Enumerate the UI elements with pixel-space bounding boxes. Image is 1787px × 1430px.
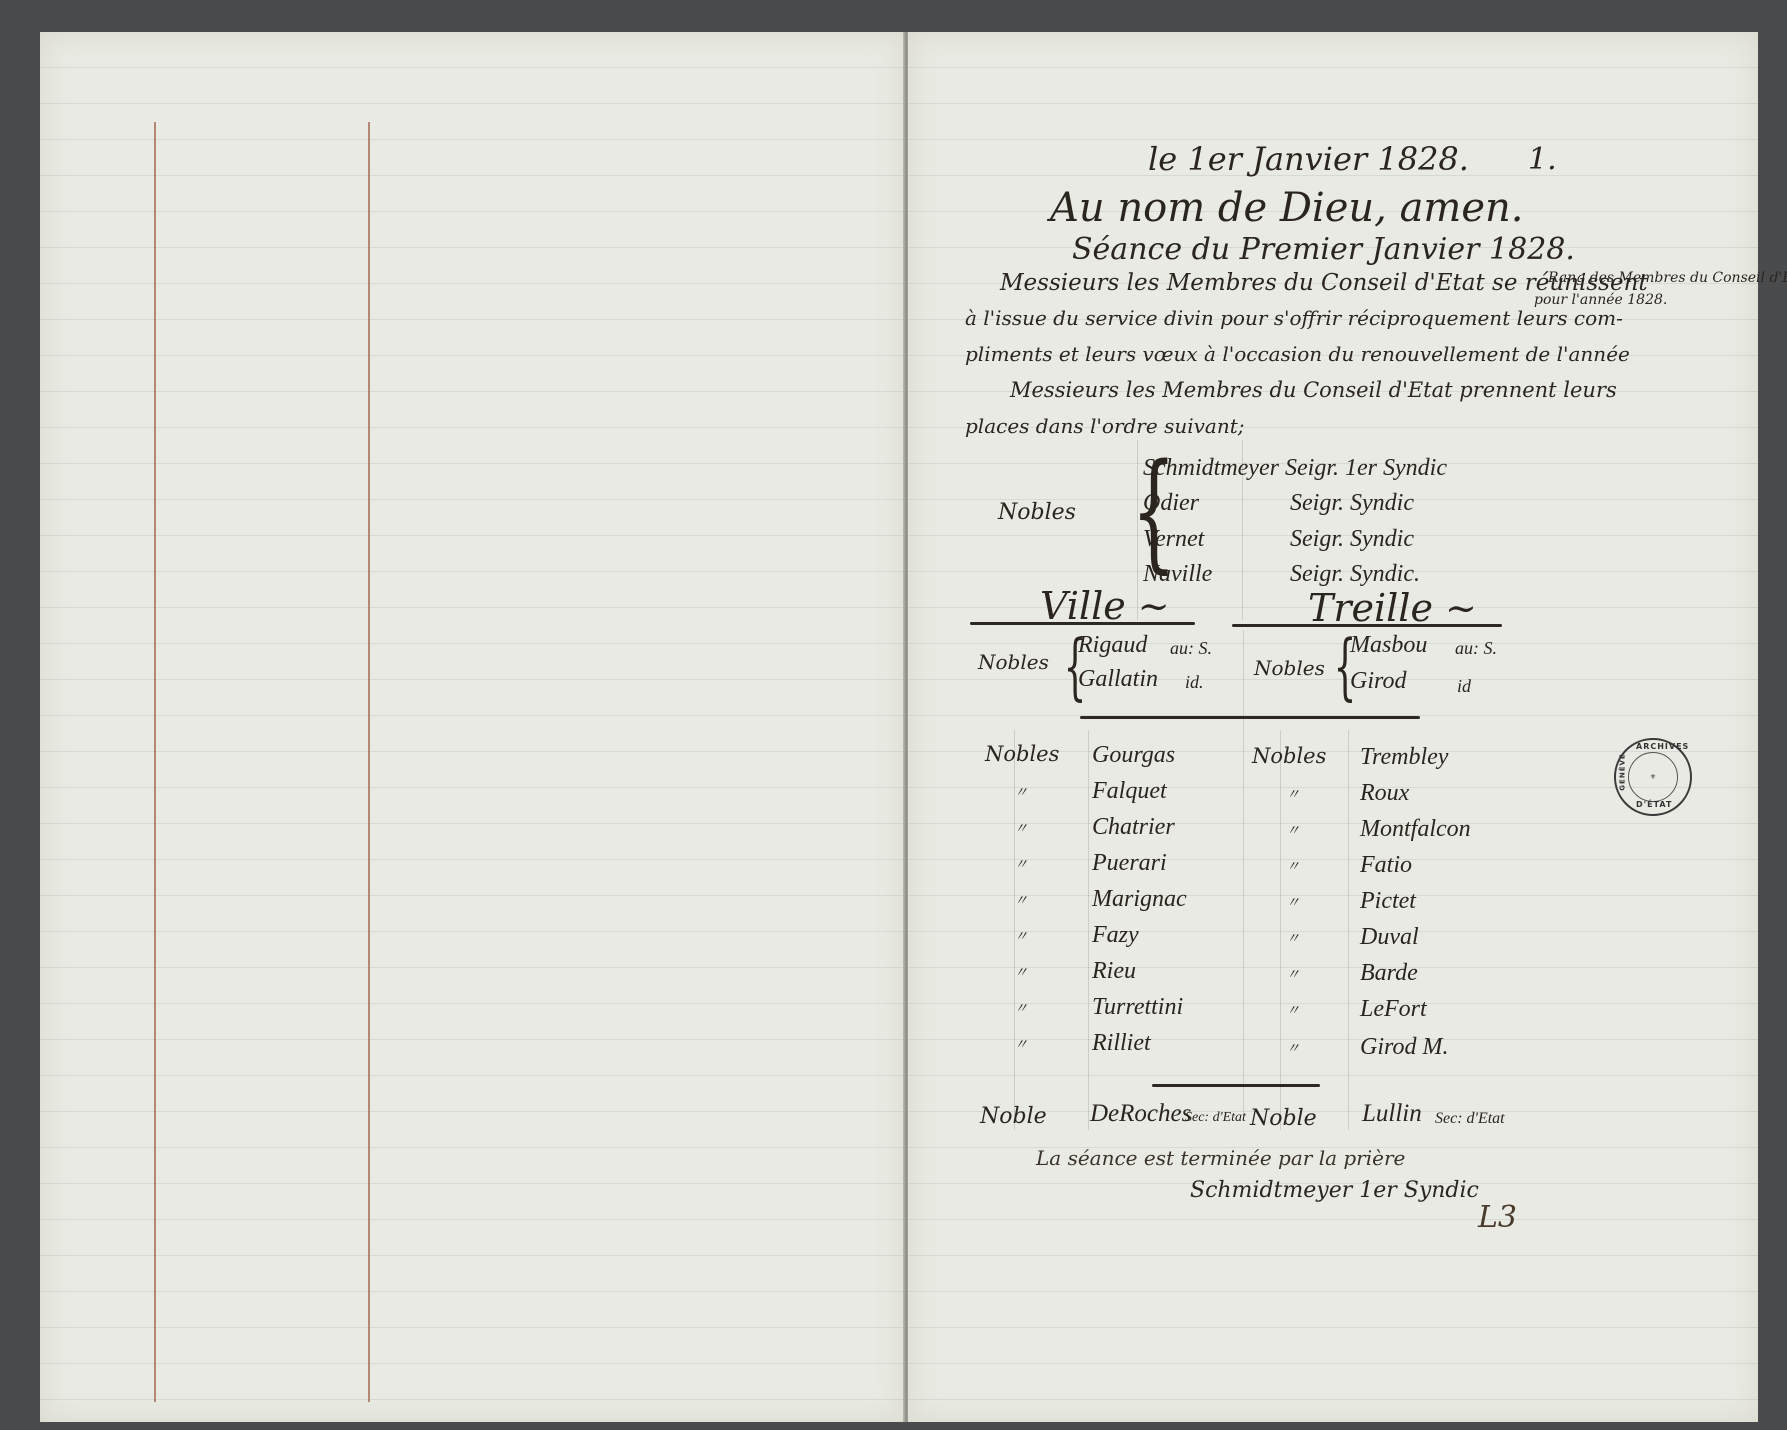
ditto-mark: 〃: [1014, 782, 1028, 802]
auditeur-title: au: S.: [1455, 638, 1497, 659]
member-name: Rieu: [1092, 958, 1136, 985]
closing-line: La séance est terminée par la prière: [1036, 1146, 1405, 1170]
secretary-right-name: Lullin: [1362, 1100, 1422, 1128]
syndic-name: Schmidtmeyer: [1143, 455, 1279, 482]
auditeur-name: Masbou: [1350, 632, 1427, 659]
divider-members: [1152, 1084, 1320, 1087]
syndic-title: Seigr. Syndic: [1290, 526, 1414, 553]
member-name: Barde: [1360, 960, 1418, 987]
member-name: Marignac: [1092, 886, 1187, 913]
members-left-label: Nobles: [985, 742, 1059, 766]
ditto-mark: 〃: [1286, 820, 1300, 840]
ditto-mark: 〃: [1014, 926, 1028, 946]
member-name: Turrettini: [1092, 994, 1183, 1021]
margin-note-line-2: pour l'année 1828.: [1534, 292, 1667, 308]
member-name: LeFort: [1360, 996, 1427, 1023]
syndic-title: Seigr. Syndic.: [1290, 561, 1420, 588]
paragraph-1-line-3: pliments et leurs vœux à l'occasion du r…: [965, 342, 1630, 366]
auditeurs-right-label: Nobles: [1254, 656, 1325, 680]
member-name: Rilliet: [1092, 1030, 1151, 1057]
page-number: 1.: [1528, 142, 1557, 177]
members-right-label: Nobles: [1252, 744, 1326, 768]
member-name: Duval: [1360, 924, 1419, 951]
secretary-right-label: Noble: [1250, 1106, 1317, 1131]
member-name: Gourgas: [1092, 742, 1175, 769]
syndic-name: Vernet: [1143, 526, 1204, 553]
ditto-mark: 〃: [1014, 854, 1028, 874]
ditto-mark: 〃: [1014, 998, 1028, 1018]
margin-rule-left: [154, 122, 156, 1402]
secretary-right-title: Sec: d'Etat: [1435, 1110, 1505, 1128]
member-name: Roux: [1360, 780, 1409, 807]
margin-note-line-1: Rang des Membres du Conseil d'Etat: [1548, 270, 1787, 286]
paragraph-2-line-2: places dans l'ordre suivant;: [965, 414, 1244, 438]
syndic-title: Seigr. 1er Syndic: [1285, 455, 1447, 482]
member-name: Pictet: [1360, 888, 1416, 915]
date-line: le 1er Janvier 1828.: [1148, 140, 1469, 178]
member-name: Trembley: [1360, 744, 1448, 771]
ditto-mark: 〃: [1014, 818, 1028, 838]
stamp-text-bottom: D'ÉTAT: [1636, 800, 1672, 809]
ditto-mark: 〃: [1286, 856, 1300, 876]
member-name: Fatio: [1360, 852, 1412, 879]
ditto-mark: 〃: [1014, 962, 1028, 982]
auditeur-title: id.: [1185, 672, 1204, 693]
stamp-text-top: ARCHIVES: [1636, 742, 1689, 751]
invocation: Au nom de Dieu, amen.: [1050, 185, 1524, 231]
syndic-title: Seigr. Syndic: [1290, 490, 1414, 517]
left-page: [40, 32, 905, 1422]
member-name: Falquet: [1092, 778, 1167, 805]
auditeurs-left-label: Nobles: [978, 650, 1049, 674]
auditeur-name: Gallatin: [1078, 666, 1158, 693]
signature: Schmidtmeyer 1er Syndic: [1190, 1178, 1479, 1203]
member-name: Girod M.: [1360, 1034, 1448, 1061]
ditto-mark: 〃: [1286, 892, 1300, 912]
ditto-mark: 〃: [1286, 964, 1300, 984]
divider-treille: [1232, 624, 1502, 627]
margin-rule-right: [368, 122, 370, 1402]
stamp-emblem: ⚜: [1628, 752, 1678, 802]
syndic-name: Odier: [1143, 490, 1199, 517]
ditto-mark: 〃: [1286, 1038, 1300, 1058]
paraph-mark: L3: [1478, 1200, 1517, 1235]
auditeur-title: id: [1457, 676, 1471, 697]
secretary-left-label: Noble: [980, 1104, 1047, 1129]
member-name: Puerari: [1092, 850, 1167, 877]
syndics-label: Nobles: [998, 500, 1076, 525]
secretary-left-name: DeRoches: [1090, 1100, 1191, 1128]
ditto-mark: 〃: [1014, 1034, 1028, 1054]
auditeur-title: au: S.: [1170, 638, 1212, 659]
ditto-mark: 〃: [1286, 784, 1300, 804]
paragraph-2-line-1: Messieurs les Membres du Conseil d'Etat …: [1010, 378, 1617, 402]
auditeur-name: Rigaud: [1078, 632, 1147, 659]
paragraph-1-line-2: à l'issue du service divin pour s'offrir…: [965, 306, 1623, 330]
member-name: Chatrier: [1092, 814, 1175, 841]
auditeur-name: Girod: [1350, 668, 1406, 695]
ditto-mark: 〃: [1286, 928, 1300, 948]
member-name: Montfalcon: [1360, 816, 1471, 843]
secretary-left-title: Sec: d'Etat: [1185, 1110, 1246, 1126]
ditto-mark: 〃: [1014, 890, 1028, 910]
ditto-mark: 〃: [1286, 1000, 1300, 1020]
divider-auditeurs: [1080, 716, 1420, 719]
member-name: Fazy: [1092, 922, 1139, 949]
session-title: Séance du Premier Janvier 1828.: [1072, 232, 1575, 267]
stamp-text-left: GENÈVE: [1619, 753, 1627, 790]
